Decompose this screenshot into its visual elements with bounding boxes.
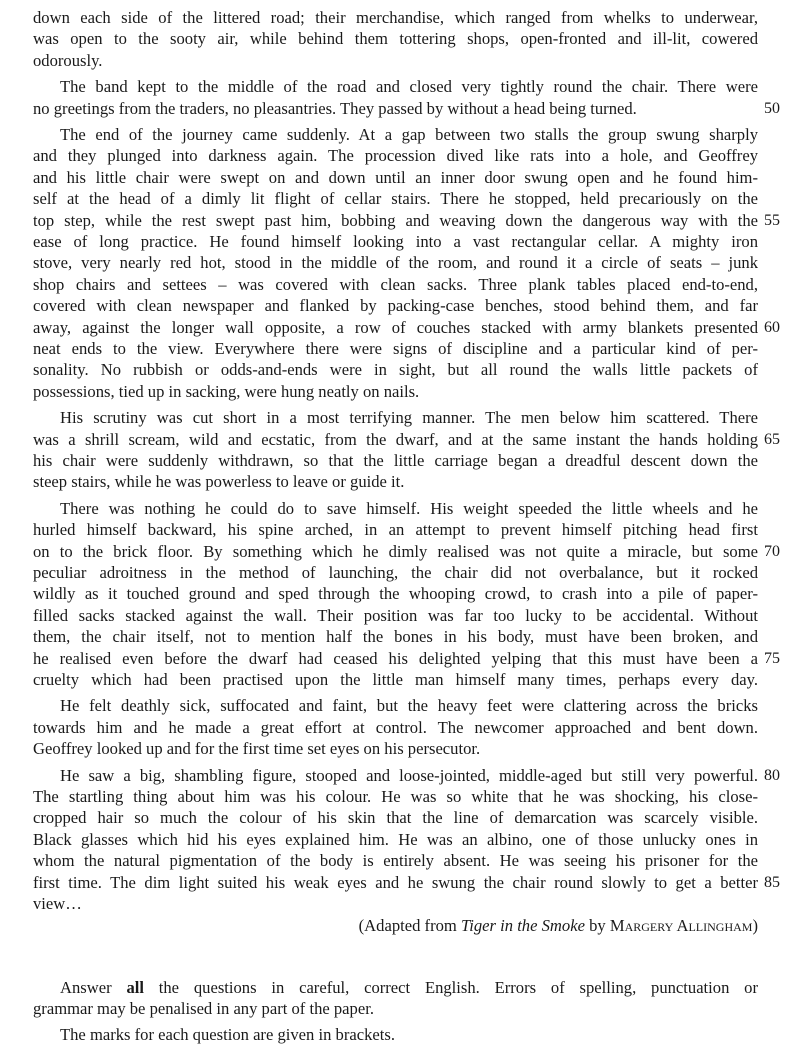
- source-credit: (Adapted from Tiger in the Smoke by Marg…: [288, 915, 758, 936]
- passage-line: and his little chair were swept on and d…: [33, 167, 758, 188]
- passage-line: towards him and he made a great effort a…: [33, 717, 758, 738]
- marks-note: The marks for each question are given in…: [60, 1024, 758, 1045]
- passage-line: his chair were suddenly withdrawn, so th…: [33, 450, 758, 471]
- passage-line: odorously.: [33, 50, 758, 71]
- passage-line: them, the chair itself, not to mention h…: [33, 626, 758, 647]
- credit-suffix: ): [752, 916, 758, 935]
- line-number: 70: [764, 541, 794, 562]
- passage-line: shop chairs and settees – was covered wi…: [33, 274, 758, 295]
- credit-prefix: (Adapted from: [359, 916, 461, 935]
- passage-line: filled sacks stacked against the wall. T…: [33, 605, 758, 626]
- passage-line: His scrutiny was cut short in a most ter…: [60, 407, 758, 428]
- passage-line: was a shrill scream, wild and ecstatic, …: [33, 429, 758, 450]
- instructions-emphasis: all: [126, 978, 144, 997]
- line-number: 75: [764, 648, 794, 669]
- passage-line: top step, while the rest swept past him,…: [33, 210, 758, 231]
- line-number: 55: [764, 210, 794, 231]
- passage-line: sonality. No rubbish or odds-and-ends we…: [33, 359, 758, 380]
- passage-line: He saw a big, shambling figure, stooped …: [60, 765, 758, 786]
- passage-line: wildly as it touched ground and sped thr…: [33, 583, 758, 604]
- line-number: 65: [764, 429, 794, 450]
- author-name: Margery Allingham: [610, 916, 753, 935]
- passage-line: peculiar adroitness in the method of lau…: [33, 562, 758, 583]
- passage-line: hurled himself backward, his spine arche…: [33, 519, 758, 540]
- passage-line: view…: [33, 893, 758, 914]
- credit-by: by: [585, 916, 610, 935]
- line-number: 80: [764, 765, 794, 786]
- passage-line: He felt deathly sick, suffocated and fai…: [60, 695, 758, 716]
- passage-line: possessions, tied up in sacking, were hu…: [33, 381, 758, 402]
- instructions-text: the questions in careful, correct Englis…: [144, 978, 758, 997]
- passage-line: and they plunged into darkness again. Th…: [33, 145, 758, 166]
- passage-line: ease of long practice. He found himself …: [33, 231, 758, 252]
- passage-line: away, against the longer wall opposite, …: [33, 317, 758, 338]
- line-number: 50: [764, 98, 794, 119]
- instructions-line-1: Answer all the questions in careful, cor…: [60, 977, 758, 998]
- line-number: 85: [764, 872, 794, 893]
- instructions-line-2: grammar may be penalised in any part of …: [33, 998, 758, 1019]
- passage-line: self at the head of a dimly lit flight o…: [33, 188, 758, 209]
- passage-line: neat ends to the view. Everywhere there …: [33, 338, 758, 359]
- line-number: 60: [764, 317, 794, 338]
- passage-line: he realised even before the dwarf had ce…: [33, 648, 758, 669]
- passage-line: cruelty which had been practised upon th…: [33, 669, 758, 690]
- passage-line: on to the brick floor. By something whic…: [33, 541, 758, 562]
- passage-line: first time. The dim light suited his wea…: [33, 872, 758, 893]
- passage-line: was open to the sooty air, while behind …: [33, 28, 758, 49]
- passage-line: cropped hair so much the colour of his s…: [33, 807, 758, 828]
- passage-line: no greetings from the traders, no pleasa…: [33, 98, 758, 119]
- passage-line: Geoffrey looked up and for the first tim…: [33, 738, 758, 759]
- passage-line: covered with clean newspaper and flanked…: [33, 295, 758, 316]
- passage-line: whom the natural pigmentation of the bod…: [33, 850, 758, 871]
- passage-line: steep stairs, while he was powerless to …: [33, 471, 758, 492]
- passage-line: There was nothing he could do to save hi…: [60, 498, 758, 519]
- passage-line: stove, very nearly red hot, stood in the…: [33, 252, 758, 273]
- passage-line: The startling thing about him was his co…: [33, 786, 758, 807]
- passage-line: down each side of the littered road; the…: [33, 7, 758, 28]
- passage-line: Black glasses which hid his eyes explain…: [33, 829, 758, 850]
- passage-line: The end of the journey came suddenly. At…: [60, 124, 758, 145]
- exam-page: down each side of the littered road; the…: [0, 0, 800, 1060]
- passage-line: The band kept to the middle of the road …: [60, 76, 758, 97]
- book-title: Tiger in the Smoke: [461, 916, 585, 935]
- instructions-text: Answer: [60, 978, 126, 997]
